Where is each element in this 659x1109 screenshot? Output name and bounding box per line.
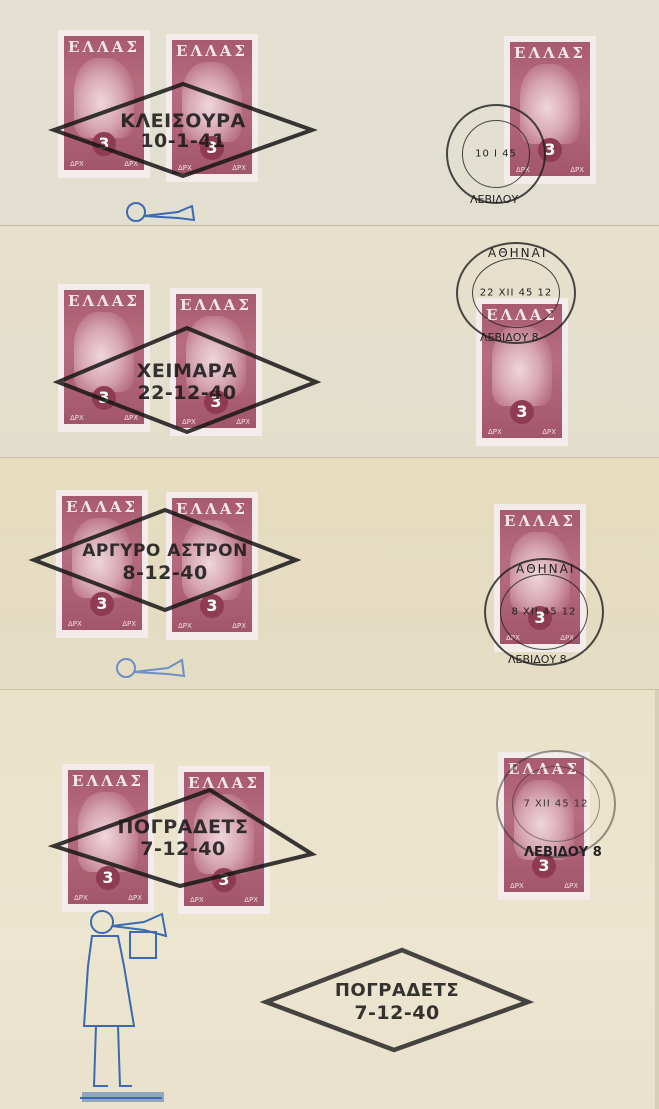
diamond-cancel: ΑΡΓΥΡΟ ΑΣΤΡΟΝ 8-12-40 — [30, 506, 300, 614]
cancel-date: 8-12-40 — [30, 562, 300, 584]
trumpeter-cachet — [112, 654, 192, 694]
circular-date-stamp: 10 I 45 ΛΕΒΙΔΟΥ — [446, 104, 546, 204]
diamond-cancel: ΧΕΙΜΑΡΑ 22-12-40 — [54, 326, 320, 436]
cancel-date: 22-12-40 — [54, 382, 320, 404]
cancel-town: ΚΛΕΙΣΟΥΡΑ — [50, 110, 316, 132]
cancel-town: ΠΟΓΡΑΔΕΤΣ — [262, 980, 532, 1002]
cancel-town: ΠΟΓΡΑΔΕΤΣ — [50, 816, 316, 838]
diamond-cancel-large: ΠΟΓΡΑΔΕΤΣ 7-12-40 — [262, 946, 532, 1054]
diamond-cancel: ΠΟΓΡΑΔΕΤΣ 7-12-40 — [50, 786, 316, 890]
trumpeter-cachet — [72, 906, 182, 1109]
cover-2: ΕΛΛΑΣ3ΔΡΧΔΡΧ ΕΛΛΑΣ3ΔΡΧΔΡΧ ΧΕΙΜΑΡΑ 22-12-… — [0, 226, 659, 458]
cover-1: ΕΛΛΑΣ3ΔΡΧΔΡΧ ΕΛΛΑΣ3ΔΡΧΔΡΧ ΚΛΕΙΣΟΥΡΑ 10-1… — [0, 0, 659, 226]
cancel-date: 7-12-40 — [50, 838, 316, 860]
cancel-date: 7-12-40 — [262, 1002, 532, 1024]
cover-4: ΕΛΛΑΣ3ΔΡΧΔΡΧ ΕΛΛΑΣ3ΔΡΧΔΡΧ ΠΟΓΡΑΔΕΤΣ 7-12… — [0, 690, 659, 1109]
cancel-town: ΑΡΓΥΡΟ ΑΣΤΡΟΝ — [30, 540, 300, 562]
cancel-town: ΧΕΙΜΑΡΑ — [54, 360, 320, 382]
circular-date-stamp: 7 XII 45 12 ΛΕΒΙΔΟΥ 8 — [496, 750, 616, 858]
cancel-date: 10-1-41 — [50, 130, 316, 152]
diamond-cancel: ΚΛΕΙΣΟΥΡΑ 10-1-41 — [50, 82, 316, 178]
cover-3: ΕΛΛΑΣ3ΔΡΧΔΡΧ ΕΛΛΑΣ3ΔΡΧΔΡΧ ΑΡΓΥΡΟ ΑΣΤΡΟΝ … — [0, 458, 659, 690]
circular-date-stamp: ΑΘΗΝΑΙ 22 XII 45 12 ΛΕΒΙΔΟΥ 8 — [456, 242, 576, 344]
circular-date-stamp: ΑΘΗΝΑΙ 8 XII 45 12 ΛΕΒΙΔΟΥ 8 — [484, 558, 604, 666]
